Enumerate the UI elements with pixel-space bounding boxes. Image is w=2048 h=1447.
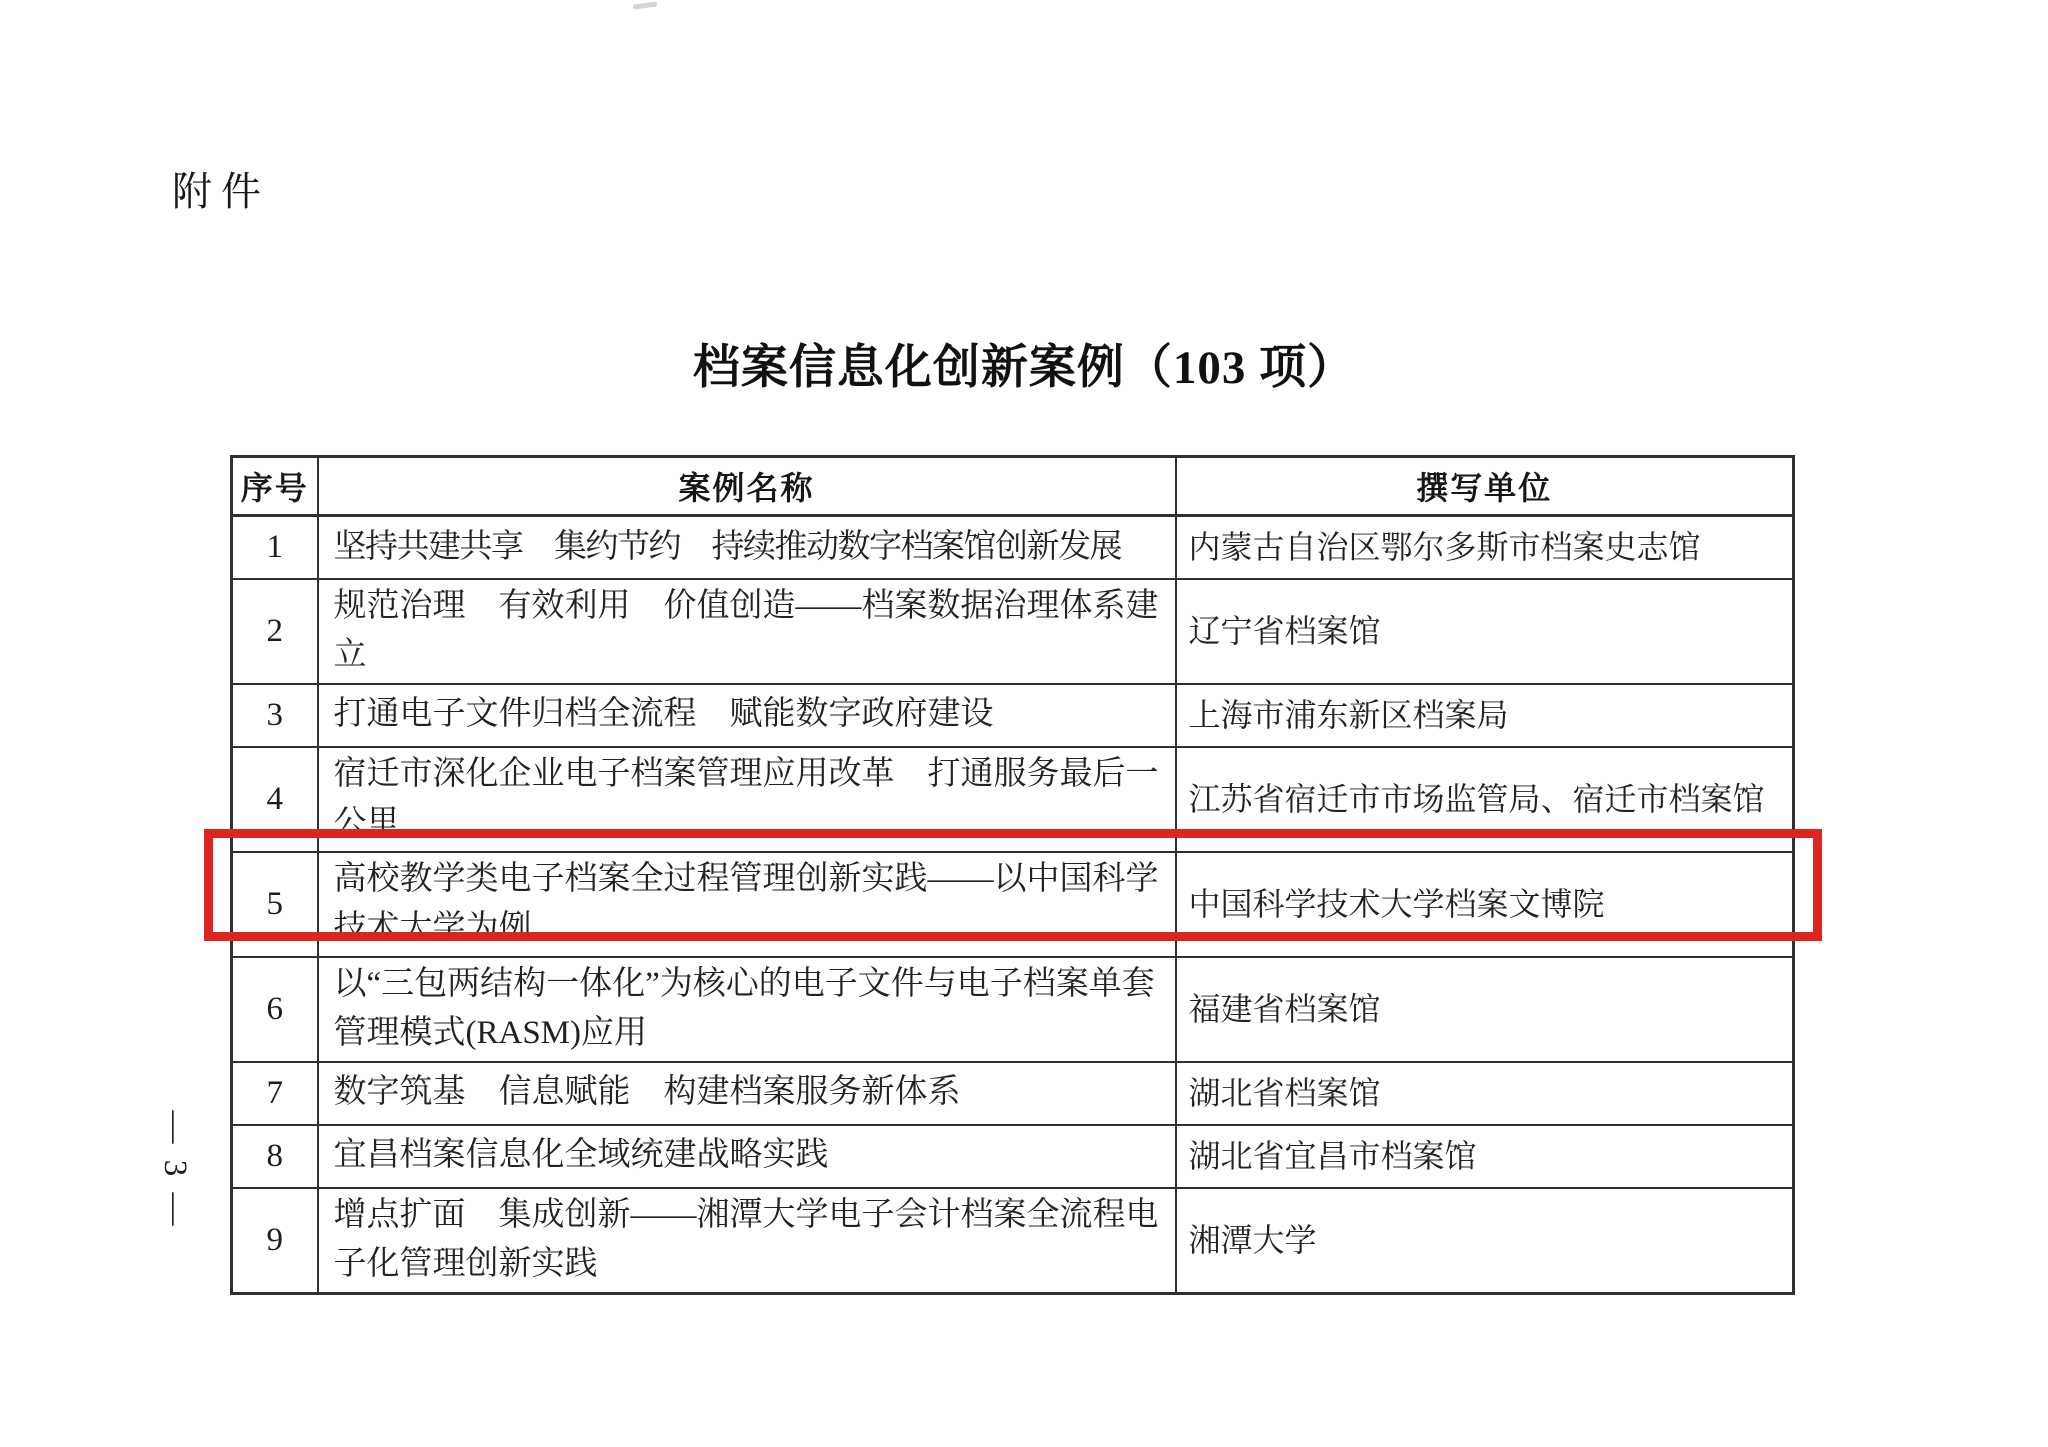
page-title: 档案信息化创新案例（103 项） bbox=[0, 330, 2048, 397]
case-name: 以“三包两结构一体化”为核心的电子文件与电子档案单套管理模式(RASM)应用 bbox=[318, 957, 1176, 1062]
table-row: 8 宜昌档案信息化全域统建战略实践 湖北省宜昌市档案馆 bbox=[232, 1125, 1794, 1188]
case-name: 数字筑基 信息赋能 构建档案服务新体系 bbox=[318, 1062, 1176, 1125]
col-header-no: 序号 bbox=[232, 457, 318, 516]
table-row: 3 打通电子文件归档全流程 赋能数字政府建设 上海市浦东新区档案局 bbox=[232, 684, 1794, 747]
page-number: — 3 — bbox=[100, 1095, 250, 1245]
table-row: 1 坚持共建共享 集约节约 持续推动数字档案馆创新发展 内蒙古自治区鄂尔多斯市档… bbox=[232, 516, 1794, 579]
row-no: 1 bbox=[232, 516, 318, 579]
case-unit: 福建省档案馆 bbox=[1176, 957, 1794, 1062]
scan-artifact bbox=[633, 1, 657, 9]
case-name: 坚持共建共享 集约节约 持续推动数字档案馆创新发展 bbox=[318, 516, 1176, 579]
table-row: 2 规范治理 有效利用 价值创造——档案数据治理体系建立 辽宁省档案馆 bbox=[232, 579, 1794, 684]
table-row-highlighted: 5 高校教学类电子档案全过程管理创新实践——以中国科学技术大学为例 中国科学技术… bbox=[232, 852, 1794, 957]
case-unit: 上海市浦东新区档案局 bbox=[1176, 684, 1794, 747]
case-name: 规范治理 有效利用 价值创造——档案数据治理体系建立 bbox=[318, 579, 1176, 684]
table-header-row: 序号 案例名称 撰写单位 bbox=[232, 457, 1794, 516]
case-name: 高校教学类电子档案全过程管理创新实践——以中国科学技术大学为例 bbox=[318, 852, 1176, 957]
row-no: 3 bbox=[232, 684, 318, 747]
row-no: 4 bbox=[232, 747, 318, 852]
attachment-label: 附件 bbox=[172, 160, 270, 217]
table-row: 7 数字筑基 信息赋能 构建档案服务新体系 湖北省档案馆 bbox=[232, 1062, 1794, 1125]
row-no: 6 bbox=[232, 957, 318, 1062]
case-name: 增点扩面 集成创新——湘潭大学电子会计档案全流程电子化管理创新实践 bbox=[318, 1188, 1176, 1294]
col-header-unit: 撰写单位 bbox=[1176, 457, 1794, 516]
case-unit: 中国科学技术大学档案文博院 bbox=[1176, 852, 1794, 957]
case-unit: 湖北省宜昌市档案馆 bbox=[1176, 1125, 1794, 1188]
case-unit: 湘潭大学 bbox=[1176, 1188, 1794, 1294]
table-row: 9 增点扩面 集成创新——湘潭大学电子会计档案全流程电子化管理创新实践 湘潭大学 bbox=[232, 1188, 1794, 1294]
case-name: 宜昌档案信息化全域统建战略实践 bbox=[318, 1125, 1176, 1188]
table-row: 6 以“三包两结构一体化”为核心的电子文件与电子档案单套管理模式(RASM)应用… bbox=[232, 957, 1794, 1062]
case-unit: 湖北省档案馆 bbox=[1176, 1062, 1794, 1125]
cases-table: 序号 案例名称 撰写单位 1 坚持共建共享 集约节约 持续推动数字档案馆创新发展… bbox=[230, 455, 1795, 1295]
case-name: 打通电子文件归档全流程 赋能数字政府建设 bbox=[318, 684, 1176, 747]
case-name: 宿迁市深化企业电子档案管理应用改革 打通服务最后一公里 bbox=[318, 747, 1176, 852]
case-unit: 辽宁省档案馆 bbox=[1176, 579, 1794, 684]
case-unit: 江苏省宿迁市市场监管局、宿迁市档案馆 bbox=[1176, 747, 1794, 852]
document-page: 附件 档案信息化创新案例（103 项） 序号 案例名称 撰写单位 1 坚持共建共… bbox=[0, 0, 2048, 1447]
table-row: 4 宿迁市深化企业电子档案管理应用改革 打通服务最后一公里 江苏省宿迁市市场监管… bbox=[232, 747, 1794, 852]
col-header-name: 案例名称 bbox=[318, 457, 1176, 516]
case-unit: 内蒙古自治区鄂尔多斯市档案史志馆 bbox=[1176, 516, 1794, 579]
row-no: 2 bbox=[232, 579, 318, 684]
row-no: 5 bbox=[232, 852, 318, 957]
